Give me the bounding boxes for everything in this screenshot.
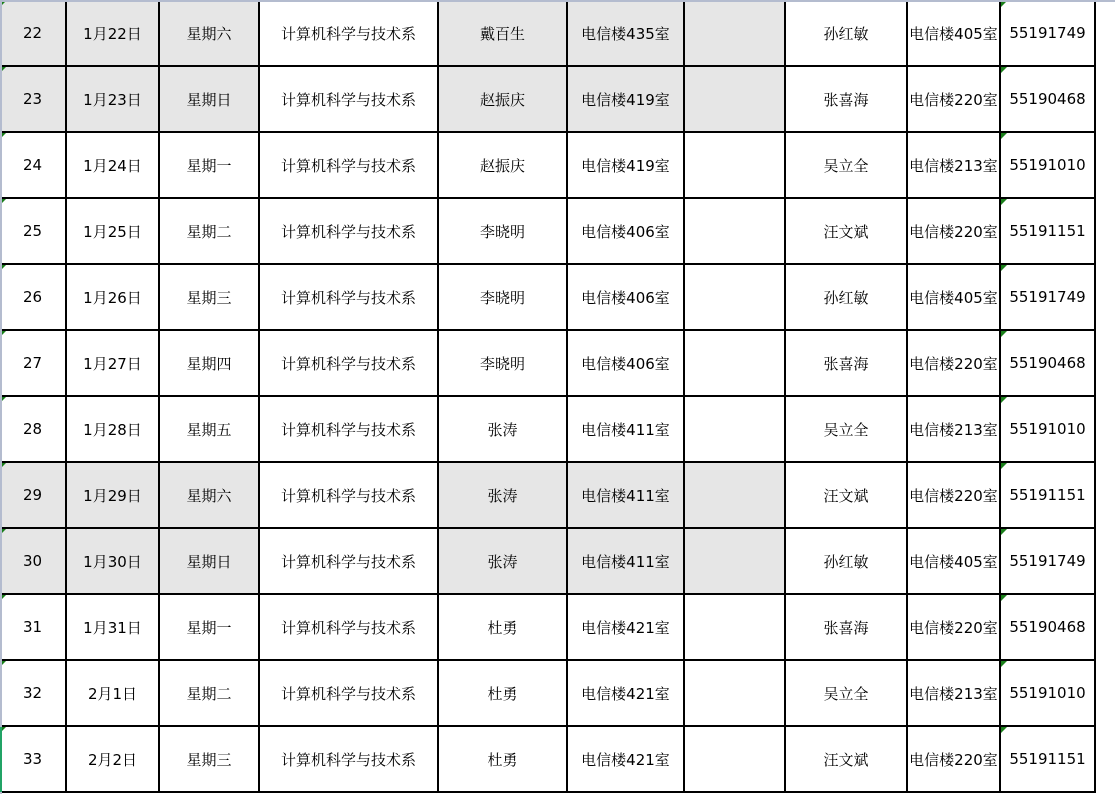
cell-staff[interactable]: 孙红敏 bbox=[785, 264, 907, 330]
cell-date[interactable]: 1月22日 bbox=[66, 1, 159, 66]
cell-date[interactable]: 1月30日 bbox=[66, 528, 159, 594]
cell-weekday-text: 星期日 bbox=[186, 553, 231, 571]
cell-date[interactable]: 1月24日 bbox=[66, 132, 159, 198]
cell-row-number[interactable]: 24 bbox=[0, 132, 66, 198]
cell-phone-text: 55190468 bbox=[1009, 618, 1085, 636]
cell-department[interactable]: 计算机科学与技术系 bbox=[259, 660, 438, 726]
cell-staff-text: 汪文斌 bbox=[823, 751, 868, 769]
table-row: 261月26日星期三计算机科学与技术系李晓明电信楼406室孙红敏电信楼405室5… bbox=[0, 264, 1095, 330]
cell-teacher[interactable]: 赵振庆 bbox=[438, 132, 567, 198]
cell-weekday-text: 星期六 bbox=[186, 487, 231, 505]
cell-staff[interactable]: 孙红敏 bbox=[785, 528, 907, 594]
cell-date[interactable]: 1月28日 bbox=[66, 396, 159, 462]
cell-row-number-text: 27 bbox=[23, 354, 42, 372]
cell-department-text: 计算机科学与技术系 bbox=[281, 619, 416, 637]
cell-staff-text: 汪文斌 bbox=[823, 223, 868, 241]
cell-phone[interactable]: 55190468 bbox=[1000, 330, 1095, 396]
cell-department[interactable]: 计算机科学与技术系 bbox=[259, 528, 438, 594]
cell-row-number[interactable]: 32 bbox=[0, 660, 66, 726]
cell-staff-text: 吴立全 bbox=[823, 685, 868, 703]
cell-teacher-text: 李晓明 bbox=[480, 289, 525, 307]
cell-room-text: 电信楼435室 bbox=[581, 25, 670, 43]
cell-date[interactable]: 1月31日 bbox=[66, 594, 159, 660]
table-row: 221月22日星期六计算机科学与技术系戴百生电信楼435室孙红敏电信楼405室5… bbox=[0, 1, 1095, 66]
cell-office-text: 电信楼213室 bbox=[909, 685, 998, 703]
cell-date-text: 1月31日 bbox=[83, 619, 142, 637]
number-as-text-indicator-icon bbox=[1001, 133, 1007, 139]
cell-teacher[interactable]: 李晓明 bbox=[438, 330, 567, 396]
cell-staff-text: 张喜海 bbox=[823, 355, 868, 373]
cell-note[interactable] bbox=[684, 660, 785, 726]
cell-department-text: 计算机科学与技术系 bbox=[281, 25, 416, 43]
cell-teacher[interactable]: 戴百生 bbox=[438, 1, 567, 66]
cell-room[interactable]: 电信楼406室 bbox=[567, 330, 684, 396]
cell-department-text: 计算机科学与技术系 bbox=[281, 289, 416, 307]
cell-office[interactable]: 电信楼220室 bbox=[907, 66, 1000, 132]
cell-phone[interactable]: 55191010 bbox=[1000, 396, 1095, 462]
cell-date-text: 1月26日 bbox=[83, 289, 142, 307]
cell-teacher[interactable]: 李晓明 bbox=[438, 264, 567, 330]
cell-teacher-text: 张涛 bbox=[487, 553, 517, 571]
cell-row-number[interactable]: 22 bbox=[0, 1, 66, 66]
cell-date-text: 1月23日 bbox=[83, 91, 142, 109]
number-as-text-indicator-icon bbox=[1001, 265, 1007, 271]
cell-office[interactable]: 电信楼213室 bbox=[907, 132, 1000, 198]
cell-room[interactable]: 电信楼421室 bbox=[567, 594, 684, 660]
cell-note[interactable] bbox=[684, 462, 785, 528]
cell-office[interactable]: 电信楼220室 bbox=[907, 594, 1000, 660]
cell-department-text: 计算机科学与技术系 bbox=[281, 157, 416, 175]
cell-office-text: 电信楼220室 bbox=[909, 487, 998, 505]
cell-teacher-text: 杜勇 bbox=[487, 619, 517, 637]
cell-weekday-text: 星期四 bbox=[186, 355, 231, 373]
cell-date[interactable]: 1月29日 bbox=[66, 462, 159, 528]
number-as-text-indicator-icon bbox=[1001, 529, 1007, 535]
cell-row-number-text: 32 bbox=[23, 684, 42, 702]
cell-office[interactable]: 电信楼220室 bbox=[907, 726, 1000, 792]
cell-row-number[interactable]: 25 bbox=[0, 198, 66, 264]
cell-office-text: 电信楼220室 bbox=[909, 91, 998, 109]
cell-phone[interactable]: 55191151 bbox=[1000, 198, 1095, 264]
cell-weekday-text: 星期五 bbox=[186, 421, 231, 439]
cell-department-text: 计算机科学与技术系 bbox=[281, 487, 416, 505]
cell-department-text: 计算机科学与技术系 bbox=[281, 355, 416, 373]
cell-note[interactable] bbox=[684, 264, 785, 330]
cell-staff-text: 吴立全 bbox=[823, 421, 868, 439]
cell-room-text: 电信楼419室 bbox=[581, 157, 670, 175]
cell-staff[interactable]: 汪文斌 bbox=[785, 198, 907, 264]
cell-teacher[interactable]: 李晓明 bbox=[438, 198, 567, 264]
cell-weekday-text: 星期一 bbox=[186, 157, 231, 175]
table-row: 291月29日星期六计算机科学与技术系张涛电信楼411室汪文斌电信楼220室55… bbox=[0, 462, 1095, 528]
cell-weekday-text: 星期二 bbox=[186, 223, 231, 241]
cell-department[interactable]: 计算机科学与技术系 bbox=[259, 726, 438, 792]
number-as-text-indicator-icon bbox=[1001, 67, 1007, 73]
cell-row-number-text: 28 bbox=[23, 420, 42, 438]
cell-staff-text: 张喜海 bbox=[823, 619, 868, 637]
cell-teacher-text: 赵振庆 bbox=[480, 91, 525, 109]
cell-phone[interactable]: 55191749 bbox=[1000, 1, 1095, 66]
cell-teacher-text: 杜勇 bbox=[487, 751, 517, 769]
cell-room-text: 电信楼411室 bbox=[581, 553, 670, 571]
cell-office[interactable]: 电信楼405室 bbox=[907, 1, 1000, 66]
cell-phone-text: 55191010 bbox=[1009, 684, 1085, 702]
cell-weekday[interactable]: 星期六 bbox=[159, 1, 259, 66]
cell-phone[interactable]: 55191151 bbox=[1000, 462, 1095, 528]
cell-teacher-text: 张涛 bbox=[487, 487, 517, 505]
cell-weekday-text: 星期三 bbox=[186, 751, 231, 769]
cell-date[interactable]: 1月27日 bbox=[66, 330, 159, 396]
cell-note[interactable] bbox=[684, 1, 785, 66]
cell-row-number-text: 25 bbox=[23, 222, 42, 240]
cell-phone[interactable]: 55191749 bbox=[1000, 528, 1095, 594]
cell-phone-text: 55191151 bbox=[1009, 750, 1085, 768]
cell-date[interactable]: 1月26日 bbox=[66, 264, 159, 330]
cell-department-text: 计算机科学与技术系 bbox=[281, 685, 416, 703]
cell-row-number-text: 22 bbox=[23, 24, 42, 42]
cell-staff[interactable]: 吴立全 bbox=[785, 396, 907, 462]
cell-office-text: 电信楼220室 bbox=[909, 355, 998, 373]
cell-date[interactable]: 2月2日 bbox=[66, 726, 159, 792]
cell-office-text: 电信楼213室 bbox=[909, 157, 998, 175]
cell-row-number[interactable]: 26 bbox=[0, 264, 66, 330]
cell-date-text: 1月28日 bbox=[83, 421, 142, 439]
cell-teacher-text: 杜勇 bbox=[487, 685, 517, 703]
table-row: 322月1日星期二计算机科学与技术系杜勇电信楼421室吴立全电信楼213室551… bbox=[0, 660, 1095, 726]
cell-teacher-text: 张涛 bbox=[487, 421, 517, 439]
cell-phone[interactable]: 55191010 bbox=[1000, 132, 1095, 198]
cell-date-text: 1月30日 bbox=[83, 553, 142, 571]
cell-date[interactable]: 1月23日 bbox=[66, 66, 159, 132]
cell-office[interactable]: 电信楼220室 bbox=[907, 198, 1000, 264]
cell-weekday[interactable]: 星期日 bbox=[159, 66, 259, 132]
cell-room-text: 电信楼421室 bbox=[581, 751, 670, 769]
number-as-text-indicator-icon bbox=[1001, 727, 1007, 733]
cell-room-text: 电信楼421室 bbox=[581, 685, 670, 703]
cell-department-text: 计算机科学与技术系 bbox=[281, 91, 416, 109]
cell-row-number[interactable]: 29 bbox=[0, 462, 66, 528]
cell-room-text: 电信楼411室 bbox=[581, 487, 670, 505]
cell-staff-text: 孙红敏 bbox=[823, 553, 868, 571]
cell-room-text: 电信楼419室 bbox=[581, 91, 670, 109]
cell-note[interactable] bbox=[684, 330, 785, 396]
cell-department-text: 计算机科学与技术系 bbox=[281, 751, 416, 769]
cell-teacher-text: 李晓明 bbox=[480, 355, 525, 373]
cell-room-text: 电信楼406室 bbox=[581, 355, 670, 373]
cell-room[interactable]: 电信楼406室 bbox=[567, 264, 684, 330]
cell-department[interactable]: 计算机科学与技术系 bbox=[259, 1, 438, 66]
cell-note[interactable] bbox=[684, 594, 785, 660]
cell-weekday[interactable]: 星期一 bbox=[159, 594, 259, 660]
cell-phone-text: 55191749 bbox=[1009, 288, 1085, 306]
cell-weekday[interactable]: 星期二 bbox=[159, 198, 259, 264]
cell-phone-text: 55190468 bbox=[1009, 354, 1085, 372]
cell-note[interactable] bbox=[684, 132, 785, 198]
cell-office-text: 电信楼405室 bbox=[909, 289, 998, 307]
cell-office-text: 电信楼220室 bbox=[909, 223, 998, 241]
cell-staff[interactable]: 孙红敏 bbox=[785, 1, 907, 66]
cell-staff[interactable]: 张喜海 bbox=[785, 594, 907, 660]
cell-staff[interactable]: 吴立全 bbox=[785, 660, 907, 726]
cell-phone-text: 55191151 bbox=[1009, 486, 1085, 504]
cell-note[interactable] bbox=[684, 198, 785, 264]
cell-staff[interactable]: 张喜海 bbox=[785, 330, 907, 396]
cell-room-text: 电信楼406室 bbox=[581, 223, 670, 241]
cell-office[interactable]: 电信楼405室 bbox=[907, 528, 1000, 594]
number-as-text-indicator-icon bbox=[1001, 397, 1007, 403]
cell-department[interactable]: 计算机科学与技术系 bbox=[259, 396, 438, 462]
cell-note[interactable] bbox=[684, 66, 785, 132]
cell-staff[interactable]: 张喜海 bbox=[785, 66, 907, 132]
cell-note[interactable] bbox=[684, 726, 785, 792]
cell-office-text: 电信楼220室 bbox=[909, 751, 998, 769]
cell-weekday[interactable]: 星期五 bbox=[159, 396, 259, 462]
cell-department[interactable]: 计算机科学与技术系 bbox=[259, 330, 438, 396]
table-row: 301月30日星期日计算机科学与技术系张涛电信楼411室孙红敏电信楼405室55… bbox=[0, 528, 1095, 594]
cell-row-number[interactable]: 33 bbox=[0, 726, 66, 792]
cell-phone-text: 55190468 bbox=[1009, 90, 1085, 108]
cell-row-number-text: 30 bbox=[23, 552, 42, 570]
cell-teacher[interactable]: 赵振庆 bbox=[438, 66, 567, 132]
cell-department[interactable]: 计算机科学与技术系 bbox=[259, 594, 438, 660]
number-as-text-indicator-icon bbox=[1001, 199, 1007, 205]
table-row: 332月2日星期三计算机科学与技术系杜勇电信楼421室汪文斌电信楼220室551… bbox=[0, 726, 1095, 792]
cell-room[interactable]: 电信楼406室 bbox=[567, 198, 684, 264]
table-row: 271月27日星期四计算机科学与技术系李晓明电信楼406室张喜海电信楼220室5… bbox=[0, 330, 1095, 396]
cell-weekday-text: 星期三 bbox=[186, 289, 231, 307]
cell-row-number-text: 29 bbox=[23, 486, 42, 504]
table-row: 311月31日星期一计算机科学与技术系杜勇电信楼421室张喜海电信楼220室55… bbox=[0, 594, 1095, 660]
cell-department[interactable]: 计算机科学与技术系 bbox=[259, 132, 438, 198]
cell-room[interactable]: 电信楼421室 bbox=[567, 726, 684, 792]
cell-staff[interactable]: 汪文斌 bbox=[785, 726, 907, 792]
cell-weekday[interactable]: 星期六 bbox=[159, 462, 259, 528]
cell-weekday[interactable]: 星期一 bbox=[159, 132, 259, 198]
cell-row-number-text: 23 bbox=[23, 90, 42, 108]
cell-room[interactable]: 电信楼411室 bbox=[567, 528, 684, 594]
cell-weekday[interactable]: 星期四 bbox=[159, 330, 259, 396]
cell-department[interactable]: 计算机科学与技术系 bbox=[259, 198, 438, 264]
table-row: 281月28日星期五计算机科学与技术系张涛电信楼411室吴立全电信楼213室55… bbox=[0, 396, 1095, 462]
cell-office[interactable]: 电信楼220室 bbox=[907, 462, 1000, 528]
cell-department-text: 计算机科学与技术系 bbox=[281, 553, 416, 571]
cell-phone-text: 55191010 bbox=[1009, 420, 1085, 438]
active-row-indicator bbox=[0, 727, 2, 792]
cell-phone[interactable]: 55191151 bbox=[1000, 726, 1095, 792]
sheet-left-frame bbox=[0, 0, 2, 794]
cell-date[interactable]: 2月1日 bbox=[66, 660, 159, 726]
cell-weekday[interactable]: 星期二 bbox=[159, 660, 259, 726]
cell-teacher[interactable]: 张涛 bbox=[438, 462, 567, 528]
cell-office[interactable]: 电信楼220室 bbox=[907, 330, 1000, 396]
cell-teacher[interactable]: 杜勇 bbox=[438, 726, 567, 792]
cell-note[interactable] bbox=[684, 396, 785, 462]
cell-staff[interactable]: 汪文斌 bbox=[785, 462, 907, 528]
cell-row-number[interactable]: 28 bbox=[0, 396, 66, 462]
cell-staff-text: 张喜海 bbox=[823, 91, 868, 109]
table-row: 251月25日星期二计算机科学与技术系李晓明电信楼406室汪文斌电信楼220室5… bbox=[0, 198, 1095, 264]
cell-department[interactable]: 计算机科学与技术系 bbox=[259, 66, 438, 132]
cell-staff-text: 汪文斌 bbox=[823, 487, 868, 505]
cell-room[interactable]: 电信楼419室 bbox=[567, 66, 684, 132]
cell-phone[interactable]: 55191749 bbox=[1000, 264, 1095, 330]
cell-room-text: 电信楼406室 bbox=[581, 289, 670, 307]
cell-phone-text: 55191749 bbox=[1009, 552, 1085, 570]
cell-room-text: 电信楼421室 bbox=[581, 619, 670, 637]
cell-department-text: 计算机科学与技术系 bbox=[281, 223, 416, 241]
cell-row-number-text: 31 bbox=[23, 618, 42, 636]
cell-room[interactable]: 电信楼435室 bbox=[567, 1, 684, 66]
table-row: 241月24日星期一计算机科学与技术系赵振庆电信楼419室吴立全电信楼213室5… bbox=[0, 132, 1095, 198]
cell-date-text: 1月25日 bbox=[83, 223, 142, 241]
cell-teacher[interactable]: 张涛 bbox=[438, 528, 567, 594]
cell-date-text: 1月27日 bbox=[83, 355, 142, 373]
cell-teacher-text: 李晓明 bbox=[480, 223, 525, 241]
cell-department-text: 计算机科学与技术系 bbox=[281, 421, 416, 439]
cell-row-number-text: 24 bbox=[23, 156, 42, 174]
cell-teacher[interactable]: 杜勇 bbox=[438, 594, 567, 660]
cell-date-text: 1月29日 bbox=[83, 487, 142, 505]
cell-teacher-text: 戴百生 bbox=[480, 25, 525, 43]
cell-department[interactable]: 计算机科学与技术系 bbox=[259, 264, 438, 330]
cell-note[interactable] bbox=[684, 528, 785, 594]
cell-date-text: 2月2日 bbox=[88, 751, 137, 769]
cell-date-text: 1月24日 bbox=[83, 157, 142, 175]
cell-phone[interactable]: 55190468 bbox=[1000, 594, 1095, 660]
cell-office[interactable]: 电信楼213室 bbox=[907, 396, 1000, 462]
cell-teacher[interactable]: 杜勇 bbox=[438, 660, 567, 726]
cell-office[interactable]: 电信楼213室 bbox=[907, 660, 1000, 726]
cell-teacher[interactable]: 张涛 bbox=[438, 396, 567, 462]
cell-phone[interactable]: 55191010 bbox=[1000, 660, 1095, 726]
cell-phone[interactable]: 55190468 bbox=[1000, 66, 1095, 132]
cell-room[interactable]: 电信楼411室 bbox=[567, 396, 684, 462]
cell-weekday-text: 星期一 bbox=[186, 619, 231, 637]
cell-office-text: 电信楼405室 bbox=[909, 553, 998, 571]
cell-room[interactable]: 电信楼421室 bbox=[567, 660, 684, 726]
cell-office-text: 电信楼213室 bbox=[909, 421, 998, 439]
cell-phone-text: 55191749 bbox=[1009, 24, 1085, 42]
sheet-top-frame bbox=[0, 0, 1115, 2]
number-as-text-indicator-icon bbox=[1001, 463, 1007, 469]
cell-weekday[interactable]: 星期三 bbox=[159, 726, 259, 792]
cell-department[interactable]: 计算机科学与技术系 bbox=[259, 462, 438, 528]
cell-date[interactable]: 1月25日 bbox=[66, 198, 159, 264]
cell-teacher-text: 赵振庆 bbox=[480, 157, 525, 175]
cell-weekday-text: 星期二 bbox=[186, 685, 231, 703]
cell-room-text: 电信楼411室 bbox=[581, 421, 670, 439]
cell-staff-text: 吴立全 bbox=[823, 157, 868, 175]
cell-date-text: 1月22日 bbox=[83, 25, 142, 43]
cell-office[interactable]: 电信楼405室 bbox=[907, 264, 1000, 330]
cell-row-number[interactable]: 27 bbox=[0, 330, 66, 396]
cell-phone-text: 55191151 bbox=[1009, 222, 1085, 240]
cell-row-number-text: 26 bbox=[23, 288, 42, 306]
cell-office-text: 电信楼220室 bbox=[909, 619, 998, 637]
cell-office-text: 电信楼405室 bbox=[909, 25, 998, 43]
number-as-text-indicator-icon bbox=[1001, 595, 1007, 601]
cell-weekday[interactable]: 星期日 bbox=[159, 528, 259, 594]
cell-weekday-text: 星期日 bbox=[186, 91, 231, 109]
cell-staff-text: 孙红敏 bbox=[823, 25, 868, 43]
cell-date-text: 2月1日 bbox=[88, 685, 137, 703]
cell-room[interactable]: 电信楼411室 bbox=[567, 462, 684, 528]
cell-staff-text: 孙红敏 bbox=[823, 289, 868, 307]
cell-row-number[interactable]: 23 bbox=[0, 66, 66, 132]
cell-weekday[interactable]: 星期三 bbox=[159, 264, 259, 330]
cell-row-number-text: 33 bbox=[23, 750, 42, 768]
cell-phone-text: 55191010 bbox=[1009, 156, 1085, 174]
duty-schedule-table: 221月22日星期六计算机科学与技术系戴百生电信楼435室孙红敏电信楼405室5… bbox=[0, 1, 1096, 793]
cell-weekday-text: 星期六 bbox=[186, 25, 231, 43]
table-row: 231月23日星期日计算机科学与技术系赵振庆电信楼419室张喜海电信楼220室5… bbox=[0, 66, 1095, 132]
table-body: 221月22日星期六计算机科学与技术系戴百生电信楼435室孙红敏电信楼405室5… bbox=[0, 1, 1095, 792]
cell-staff[interactable]: 吴立全 bbox=[785, 132, 907, 198]
number-as-text-indicator-icon bbox=[1001, 661, 1007, 667]
cell-row-number[interactable]: 31 bbox=[0, 594, 66, 660]
cell-row-number[interactable]: 30 bbox=[0, 528, 66, 594]
cell-room[interactable]: 电信楼419室 bbox=[567, 132, 684, 198]
number-as-text-indicator-icon bbox=[1001, 331, 1007, 337]
